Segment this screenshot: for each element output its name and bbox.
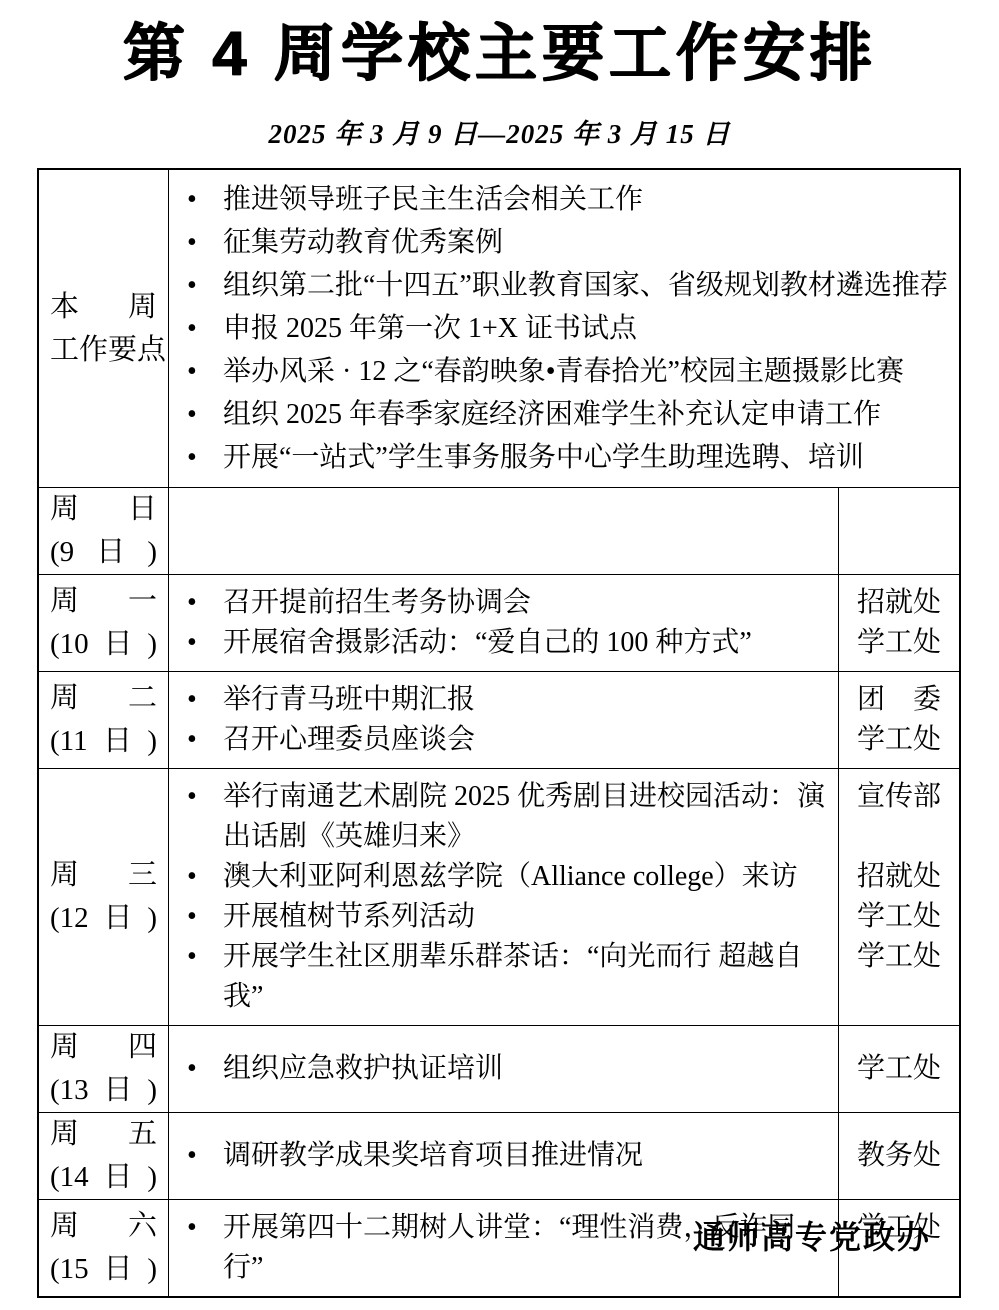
day-label: 周日 (9日) [39, 488, 169, 574]
task-dept: 教务处 [839, 1136, 959, 1176]
task-text: 开展“一站式”学生事务服务中心学生助理选聘、培训 [187, 436, 959, 479]
task-text: 组织 2025 年春季家庭经济困难学生补充认定申请工作 [187, 393, 959, 436]
task-text: 推进领导班子民主生活会相关工作 [187, 178, 959, 221]
task-dept: 宣传部 [839, 777, 959, 817]
dept-column-divider [838, 488, 840, 574]
day-date: (9日) [50, 531, 157, 574]
dept-column-divider [838, 672, 840, 768]
task-item: 召开心理委员座谈会 学工处 [187, 720, 959, 760]
task-text: 组织第二批“十四五”职业教育国家、省级规划教材遴选推荐 [187, 264, 959, 307]
day-task-list: 组织应急救护执证培训 学工处 [169, 1026, 959, 1112]
task-dept: 学工处 [839, 720, 959, 760]
task-dept: 学工处 [839, 937, 959, 977]
task-text: 举办风采 · 12 之“春韵映象•青春拾光”校园主题摄影比赛 [187, 350, 959, 393]
task-item: 开展植树节系列活动 学工处 [187, 897, 959, 937]
day-label: 周六 (15日) [39, 1200, 169, 1296]
day-name: 周二 [50, 677, 157, 720]
day-date: (13日) [50, 1069, 157, 1112]
task-text: 召开提前招生考务协调会 [187, 583, 839, 623]
day-date: (10日) [50, 623, 157, 666]
task-item: 组织第二批“十四五”职业教育国家、省级规划教材遴选推荐 [187, 264, 959, 307]
day-name: 周日 [50, 488, 157, 531]
day-name: 周五 [50, 1113, 157, 1156]
task-dept: 学工处 [839, 897, 959, 937]
task-text: 征集劳动教育优秀案例 [187, 221, 959, 264]
day-label: 周四 (13日) [39, 1026, 169, 1112]
task-dept: 学工处 [839, 1049, 959, 1089]
schedule-table: 本周 工作要点 推进领导班子民主生活会相关工作 征集劳动教育优秀案例 组织第二批… [37, 168, 961, 1298]
day-name: 周一 [50, 580, 157, 623]
day-label: 周一 (10日) [39, 575, 169, 671]
task-item: 调研教学成果奖培育项目推进情况 教务处 [187, 1136, 959, 1176]
task-item: 申报 2025 年第一次 1+X 证书试点 [187, 307, 959, 350]
task-item: 征集劳动教育优秀案例 [187, 221, 959, 264]
day-name: 周六 [50, 1205, 157, 1248]
day-date: (14日) [50, 1156, 157, 1199]
day-name: 周四 [50, 1026, 157, 1069]
page-title: 第 4 周学校主要工作安排 [0, 0, 999, 92]
day-task-list: 调研教学成果奖培育项目推进情况 教务处 [169, 1113, 959, 1199]
dept-column-divider [838, 575, 840, 671]
day-row-sunday: 周日 (9日) [39, 487, 959, 574]
task-text: 举行青马班中期汇报 [187, 680, 839, 720]
task-dept: 招就处 [839, 857, 959, 897]
task-item: 举行青马班中期汇报 团 委 [187, 680, 959, 720]
day-row-wednesday: 周三 (12日) 举行南通艺术剧院 2025 优秀剧目进校园活动：演出话剧《英雄… [39, 768, 959, 1025]
day-task-list: 召开提前招生考务协调会 招就处 开展宿舍摄影活动：“爱自己的 100 种方式” … [169, 575, 959, 671]
task-item: 推进领导班子民主生活会相关工作 [187, 178, 959, 221]
task-item: 举行南通艺术剧院 2025 优秀剧目进校园活动：演出话剧《英雄归来》 宣传部 [187, 777, 959, 857]
task-text: 组织应急救护执证培训 [187, 1049, 839, 1089]
task-text: 开展植树节系列活动 [187, 897, 839, 937]
task-text: 澳大利亚阿利恩兹学院（Alliance college）来访 [187, 857, 839, 897]
day-name: 周三 [50, 854, 157, 897]
highlights-task-list: 推进领导班子民主生活会相关工作 征集劳动教育优秀案例 组织第二批“十四五”职业教… [169, 170, 959, 487]
dept-column-divider [838, 1113, 840, 1199]
day-date: (11日) [50, 720, 157, 763]
task-text: 举行南通艺术剧院 2025 优秀剧目进校园活动：演出话剧《英雄归来》 [187, 777, 839, 857]
day-task-list [169, 488, 959, 574]
task-dept: 招就处 [839, 583, 959, 623]
dept-column-divider [838, 1026, 840, 1112]
task-item: 组织 2025 年春季家庭经济困难学生补充认定申请工作 [187, 393, 959, 436]
day-row-friday: 周五 (14日) 调研教学成果奖培育项目推进情况 教务处 [39, 1112, 959, 1199]
day-label: 周三 (12日) [39, 769, 169, 1025]
highlights-label-line2: 工作要点 [50, 329, 157, 372]
task-item: 开展宿舍摄影活动：“爱自己的 100 种方式” 学工处 [187, 623, 959, 663]
task-dept: 团 委 [839, 680, 959, 720]
highlights-label-line1: 本周 [50, 286, 157, 329]
day-label: 周五 (14日) [39, 1113, 169, 1199]
task-text: 调研教学成果奖培育项目推进情况 [187, 1136, 839, 1176]
dept-column-divider [838, 769, 840, 1025]
highlights-row: 本周 工作要点 推进领导班子民主生活会相关工作 征集劳动教育优秀案例 组织第二批… [39, 170, 959, 487]
task-item: 举办风采 · 12 之“春韵映象•青春拾光”校园主题摄影比赛 [187, 350, 959, 393]
task-item: 召开提前招生考务协调会 招就处 [187, 583, 959, 623]
day-task-list: 举行青马班中期汇报 团 委 召开心理委员座谈会 学工处 [169, 672, 959, 768]
task-item: 组织应急救护执证培训 学工处 [187, 1049, 959, 1089]
task-item: 开展“一站式”学生事务服务中心学生助理选聘、培训 [187, 436, 959, 479]
task-dept: 学工处 [839, 623, 959, 663]
task-item: 澳大利亚阿利恩兹学院（Alliance college）来访 招就处 [187, 857, 959, 897]
day-date: (12日) [50, 897, 157, 940]
day-row-thursday: 周四 (13日) 组织应急救护执证培训 学工处 [39, 1025, 959, 1112]
document-page: 第 4 周学校主要工作安排 2025 年 3 月 9 日—2025 年 3 月 … [0, 0, 999, 1310]
task-text: 开展学生社区朋辈乐群茶话：“向光而行 超越自我” [187, 937, 839, 1017]
footer-signature: 通师高专党政办 [693, 1212, 931, 1258]
date-range: 2025 年 3 月 9 日—2025 年 3 月 15 日 [0, 112, 999, 151]
day-date: (15日) [50, 1248, 157, 1291]
day-label: 周二 (11日) [39, 672, 169, 768]
task-text: 申报 2025 年第一次 1+X 证书试点 [187, 307, 959, 350]
task-text: 开展宿舍摄影活动：“爱自己的 100 种方式” [187, 623, 839, 663]
highlights-label: 本周 工作要点 [39, 170, 169, 487]
day-row-tuesday: 周二 (11日) 举行青马班中期汇报 团 委 召开心理委员座谈会 学工处 [39, 671, 959, 768]
day-row-monday: 周一 (10日) 召开提前招生考务协调会 招就处 开展宿舍摄影活动：“爱自己的 … [39, 574, 959, 671]
day-task-list: 举行南通艺术剧院 2025 优秀剧目进校园活动：演出话剧《英雄归来》 宣传部 澳… [169, 769, 959, 1025]
task-item: 开展学生社区朋辈乐群茶话：“向光而行 超越自我” 学工处 [187, 937, 959, 1017]
task-text: 召开心理委员座谈会 [187, 720, 839, 760]
